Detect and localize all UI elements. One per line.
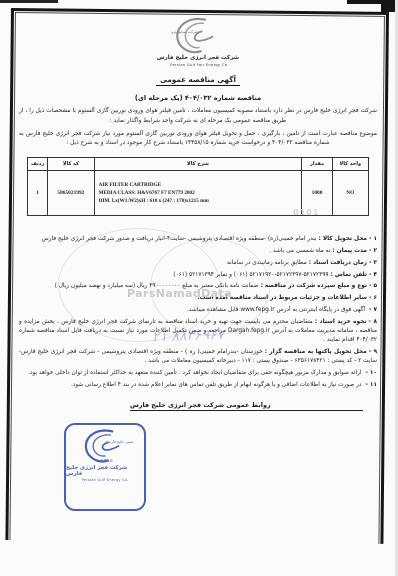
list-item: ۱ -محل تحویل کالا :بندر امام خمینی(ره) -… xyxy=(19,235,377,244)
intro-paragraph-1: شرکت فجر انرژی خلیج فارس در نظر دارد باس… xyxy=(19,107,377,127)
public-relations-signature: روابط عمومی شرکت فجر انرژی خلیج فارس xyxy=(130,401,271,411)
stamp-calligraphy: شرکت صنایع پتروشیمی خلیج فارس xyxy=(107,440,133,444)
list-item: ۴ -تلفن تماس :۵۲۱۷۲۳۹۹-۵۲۱۷۲۳۹۷-۵۲۱۷۱۹۲۰… xyxy=(19,271,377,280)
goods-table-header-row: ردیف کد کالا شرح کالا مقدار واحد کالا xyxy=(28,158,369,171)
stamp-company-fa: شرکت فجر انرژی خلیج فارس xyxy=(66,465,144,477)
cell-unit: NO xyxy=(332,171,368,216)
signature-underline-tail xyxy=(271,400,363,411)
cell-radif: 1 xyxy=(28,171,48,216)
document-content: شرکت صنایع پتروشیمی خلیج فارس شرکت فجر ا… xyxy=(18,13,378,411)
item-desc-line-3: DIM. Lx(W1:W2)xH : 610 x (247 : 178)x121… xyxy=(99,197,298,205)
cell-item-code: 5865021992 xyxy=(48,171,94,216)
tender-terms-list: ۱ -محل تحویل کالا :بندر امام خمینی(ره) -… xyxy=(19,235,377,390)
item-desc-line-2: MEDIA CLASS: H&V6767 F7 EN779 2002 xyxy=(99,189,298,197)
col-header-unit: واحد کالا xyxy=(332,158,368,171)
stamp-company-en: Persian Gulf Energy Co. xyxy=(82,478,129,482)
scanned-document-page: شرکت صنایع پتروشیمی خلیج فارس شرکت فجر ا… xyxy=(0,0,398,576)
document-header: شرکت صنایع پتروشیمی خلیج فارس شرکت فجر ا… xyxy=(18,15,378,86)
signature-row: روابط عمومی شرکت فجر انرژی خلیج فارس xyxy=(18,399,378,411)
list-item: ۲ -مدت پیمان :نه ماه شمسی می باشد . xyxy=(19,247,377,256)
watermark-digits: 0101 xyxy=(293,208,319,217)
scan-artifact-top-right-step xyxy=(381,4,395,12)
list-item: ۹ -محل تحویل پاکتها به مناقصه گزار :خوزس… xyxy=(19,348,377,366)
stamp-pgpic-label: PGPIC xyxy=(96,459,113,463)
tender-number-title: مناقصه شماره ۴۰۴/۰۳۲ (یک مرحله ای) xyxy=(18,94,378,102)
pgpic-swoosh-logo-icon: شرکت صنایع پتروشیمی خلیج فارس xyxy=(171,15,225,55)
list-item: ۳ -زمان دریافت اسناد :مطابق برنامه زمانب… xyxy=(19,259,377,268)
holding-name-calligraphy: شرکت صنایع پتروشیمی خلیج فارس xyxy=(171,30,198,34)
handwritten-note: ۲۱ ۸۸۳۶۹۶۷ xyxy=(152,327,225,346)
notice-type-title: آگهی مناقصه عمومی xyxy=(156,75,240,86)
intro-paragraph-2: موضوع مناقصه عبارت است از تامین ، بارگیر… xyxy=(19,130,377,150)
cell-item-description: AIR FILTER CARTRIDGE MEDIA CLASS: H&V676… xyxy=(94,171,302,216)
list-item: ۱۱ -در صورت نیاز به اطلاعات اضافی و یا ه… xyxy=(19,381,377,390)
col-header-code: کد کالا xyxy=(48,158,94,171)
col-header-qty: مقدار xyxy=(302,158,332,171)
parsnamaddata-watermark: ParsNamadData xyxy=(127,287,232,300)
list-item: ۷ -آگهی فوق در پایگاه اینترنتی به آدرس w… xyxy=(19,306,377,315)
col-header-radif: ردیف xyxy=(28,158,48,171)
item-desc-line-1: AIR FILTER CARTRIDGE xyxy=(99,181,298,189)
scan-artifact-top-left xyxy=(0,0,58,3)
list-item: ۱۰ -ارائه سوابق و مدارک مزبور هیچگونه حق… xyxy=(19,369,377,378)
company-stamp: شرکت صنایع پتروشیمی خلیج فارس PGPIC شرکت… xyxy=(64,423,146,511)
company-name-fa: شرکت فجر انرژی خلیج فارس xyxy=(18,55,378,62)
col-header-desc: شرح کالا xyxy=(94,158,302,171)
